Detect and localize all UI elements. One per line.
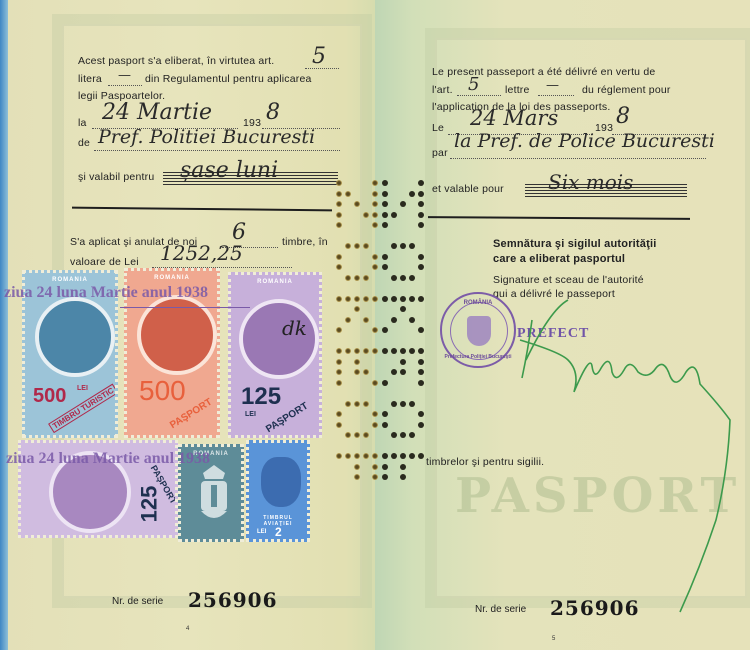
perforation-hole (354, 306, 360, 312)
perforation-hole (418, 327, 424, 333)
perforation-hole (336, 369, 342, 375)
stamp-country: ROMANIA (25, 277, 115, 283)
perforation-hole (418, 422, 424, 428)
perforation-hole (354, 201, 360, 207)
handwritten-signature (520, 300, 750, 620)
perforation-hole (372, 327, 378, 333)
perforation-hole (354, 453, 360, 459)
perforation-hole (336, 180, 342, 186)
perforation-hole (345, 243, 351, 249)
stamp-value: 2 (275, 525, 282, 539)
perforation-hole (336, 348, 342, 354)
official-seal: ROMÂNIA Prefectura Poliţiei Bucureşti (440, 292, 516, 368)
perforation-hole (400, 359, 406, 365)
stamps-fragment-text: timbrelor şi pentru sigilii. (426, 456, 544, 468)
perforation-hole (354, 348, 360, 354)
stamp-value: 500 (33, 385, 66, 408)
litera-value: — (118, 68, 131, 83)
perforation-hole (345, 348, 351, 354)
issued-line-1: Acest pasport s'a eliberat, în virtutea … (78, 55, 274, 67)
perforation-hole (382, 296, 388, 302)
coat-of-arms-icon (467, 316, 491, 346)
perforation-hole (418, 254, 424, 260)
issuer-dots (94, 150, 340, 151)
perforation-hole (391, 453, 397, 459)
perforation-hole (345, 453, 351, 459)
de-label: de (78, 137, 90, 149)
perforation-hole (363, 453, 369, 459)
stamp-currency: LEI (77, 385, 88, 392)
perforation-hole (336, 201, 342, 207)
perforation-hole (363, 243, 369, 249)
perforation-hole (409, 296, 415, 302)
perforation-hole (354, 432, 360, 438)
article-dots-fr (457, 95, 501, 96)
perforation-hole (372, 348, 378, 354)
cancellation-underline (120, 307, 250, 308)
signature-heading-fr-1: Signature et sceau de l'autorité (493, 274, 644, 286)
stamp-timbrul-aviatiei: TIMBRUL AVIAŢIEI 2 LEI (246, 440, 310, 542)
year-suffix: 8 (266, 100, 280, 125)
perforation-hole (409, 348, 415, 354)
perforation-hole (391, 369, 397, 375)
issuer-value: Pref. Politiei Bucuresti (98, 126, 315, 148)
perforation-hole (336, 411, 342, 417)
perforation-hole (391, 432, 397, 438)
perforation-hole (336, 254, 342, 260)
coat-of-arms-icon (195, 463, 233, 527)
perforation-hole (363, 401, 369, 407)
par-label: par (432, 147, 448, 159)
perforation-hole (372, 380, 378, 386)
perforation-hole (354, 474, 360, 480)
passport-spread: Acest pasport s'a eliberat, în virtutea … (0, 0, 750, 650)
perforation-hole (400, 432, 406, 438)
perforation-hole (345, 275, 351, 281)
perforation-hole (400, 369, 406, 375)
perforation-hole (354, 296, 360, 302)
perforation-hole (382, 191, 388, 197)
perforation-hole (391, 275, 397, 281)
perforation-hole (336, 296, 342, 302)
perforation-hole (336, 222, 342, 228)
issued-line-1-fr: Le present passeport a été délivré en ve… (432, 66, 655, 78)
perforation-hole (345, 191, 351, 197)
serial-label: Nr. de serie (112, 596, 163, 607)
perforation-hole (409, 453, 415, 459)
perforation-hole (363, 369, 369, 375)
stamp-value: 500 (139, 375, 186, 407)
perforation-hole (363, 432, 369, 438)
serial-number-fr: 256906 (550, 596, 640, 620)
cancellation-stamp-2: ziua 24 luna Martie anul 1938 (6, 450, 210, 468)
regulation-text: din Regulamentul pentru aplicarea (145, 73, 312, 85)
perforation-hole (354, 275, 360, 281)
stamp-currency: LEI (245, 411, 256, 418)
serial-label-fr: Nr. de serie (475, 604, 526, 615)
perforation-hole (372, 201, 378, 207)
perforation-hole (400, 474, 406, 480)
valid-value: șase luni (180, 158, 278, 183)
stamp-value: 125 (136, 486, 162, 523)
valid-label-fr: et valable pour (432, 183, 504, 195)
perforation-hole (418, 201, 424, 207)
article-value: 5 (312, 44, 326, 69)
article-value-fr: 5 (468, 74, 479, 95)
perforation-hole (409, 432, 415, 438)
perforation-hole (345, 432, 351, 438)
perforation-hole (372, 464, 378, 470)
issue-date: 24 Martie (102, 100, 212, 125)
perforation-hole (345, 296, 351, 302)
lettre-value: — (546, 78, 559, 93)
perforation-hole (336, 453, 342, 459)
perforation-hole (382, 212, 388, 218)
perforation-hole (418, 191, 424, 197)
perforation-hole (382, 254, 388, 260)
year-suffix-fr: 8 (616, 104, 630, 129)
perforation-hole (391, 317, 397, 323)
king-portrait-icon (35, 297, 115, 377)
king-portrait-icon (239, 299, 319, 379)
stamp-value: 125 (241, 383, 281, 411)
perforation-hole (372, 212, 378, 218)
page-number-fr: 5 (552, 636, 555, 642)
perforation-hole (336, 264, 342, 270)
perforation-hole (382, 464, 388, 470)
perforation-hole (418, 453, 424, 459)
le-label: Le (432, 122, 444, 134)
stamp-pasport-125: ROMANIA 125 LEI PAŞPORT (228, 272, 322, 438)
perforation-hole (363, 275, 369, 281)
stamp-country: ROMANIA (127, 275, 217, 281)
litera-label: litera (78, 73, 102, 85)
issuer-dots-fr (450, 158, 706, 159)
litera-dots (108, 85, 142, 86)
perforation-hole (363, 212, 369, 218)
perforation-hole (354, 369, 360, 375)
perforation-hole (418, 348, 424, 354)
perforation-hole (354, 464, 360, 470)
perforation-hole (382, 380, 388, 386)
seal-bottom-text: Prefectura Poliţiei Bucureşti (442, 354, 514, 360)
perforation-hole (372, 453, 378, 459)
perforation-hole (372, 474, 378, 480)
perforation-hole (336, 212, 342, 218)
value-amount: 1252,25 (160, 241, 243, 265)
perforation-hole (382, 453, 388, 459)
page-number: 4 (186, 626, 189, 632)
perforation-hole (391, 348, 397, 354)
perforation-hole (400, 296, 406, 302)
perforation-hole (372, 264, 378, 270)
stamp-country: ROMANIA (231, 279, 319, 285)
perforation-hole (400, 453, 406, 459)
perforation-hole (409, 275, 415, 281)
perforation-hole (372, 180, 378, 186)
stamp-currency: LEI (257, 529, 266, 535)
perforation-hole (336, 380, 342, 386)
perforation-hole (372, 222, 378, 228)
art-label-fr: l'art. (432, 84, 453, 96)
perforation-hole (409, 317, 415, 323)
perforation-hole (336, 422, 342, 428)
perforation-hole (400, 464, 406, 470)
la-label: la (78, 117, 87, 129)
perforation-hole (418, 369, 424, 375)
signature-heading-ro-2: care a eliberat pasportul (493, 253, 625, 265)
value-label: valoare de Lei (70, 256, 139, 268)
perforation-hole (418, 411, 424, 417)
stamps-applied-rest: timbre, în (282, 236, 328, 248)
perforation-hole (418, 296, 424, 302)
perforation-hole (372, 411, 378, 417)
perforation-hole (382, 422, 388, 428)
perforation-hole (418, 212, 424, 218)
perforation-hole (372, 296, 378, 302)
perforation-hole (418, 264, 424, 270)
perforation-hole (345, 317, 351, 323)
reglement-text: du réglement pour (582, 84, 671, 96)
perforation-hole (354, 401, 360, 407)
perforation-hole (418, 180, 424, 186)
passport-cover-edge (0, 0, 8, 650)
perforation-hole (418, 222, 424, 228)
perforation-hole (382, 348, 388, 354)
perforation-hole (382, 180, 388, 186)
perforation-hole (400, 243, 406, 249)
perforation-hole (372, 191, 378, 197)
perforation-hole (418, 359, 424, 365)
lettre-dots (538, 95, 574, 96)
perforation-hole (363, 317, 369, 323)
perforation-hole (409, 401, 415, 407)
valid-label: şi valabil pentru (78, 171, 154, 183)
signature-heading-ro-1: Semnătura şi sigilul autorităţii (493, 238, 657, 250)
perforation-hole (372, 254, 378, 260)
perforation-hole (391, 212, 397, 218)
perforation-hole (354, 359, 360, 365)
perforation-hole (336, 359, 342, 365)
perforation-hole (400, 306, 406, 312)
perforation-hole (382, 327, 388, 333)
perforation-hole (382, 264, 388, 270)
left-page: Acest pasport s'a eliberat, în virtutea … (0, 0, 375, 650)
perforation-hole (372, 422, 378, 428)
perforation-hole (382, 411, 388, 417)
lettre-label: lettre (505, 84, 530, 96)
perforation-hole (354, 243, 360, 249)
cancellation-stamp-1: ziua 24 luna Martie anul 1938 (4, 284, 208, 302)
issue-date-fr: 24 Mars (470, 106, 558, 130)
perforation-hole (400, 275, 406, 281)
serial-number: 256906 (188, 588, 278, 612)
perforation-hole (418, 380, 424, 386)
initials-signature: dk (282, 316, 307, 340)
perforation-hole (363, 348, 369, 354)
perforation-hole (382, 474, 388, 480)
perforation-hole (382, 201, 388, 207)
perforation-hole (382, 222, 388, 228)
perforation-hole (336, 327, 342, 333)
perforation-hole (400, 401, 406, 407)
seal-top-text: ROMÂNIA (442, 300, 514, 306)
perforation-hole (391, 243, 397, 249)
perforation-hole (409, 191, 415, 197)
perforation-hole (363, 296, 369, 302)
perforation-hole (391, 401, 397, 407)
perforation-hole (400, 348, 406, 354)
perforation-hole (345, 401, 351, 407)
perforation-hole (336, 191, 342, 197)
issuer-value-fr: la Pref. de Police Bucuresti (454, 130, 715, 152)
valid-value-fr: Six mois (548, 170, 633, 194)
signature-heading-fr-2: qui a délivré le passeport (493, 288, 615, 300)
divider-line (72, 207, 332, 212)
perforation-hole (400, 201, 406, 207)
aviator-portrait-icon (261, 457, 301, 507)
perforation-hole (391, 296, 397, 302)
perforation-hole (409, 243, 415, 249)
